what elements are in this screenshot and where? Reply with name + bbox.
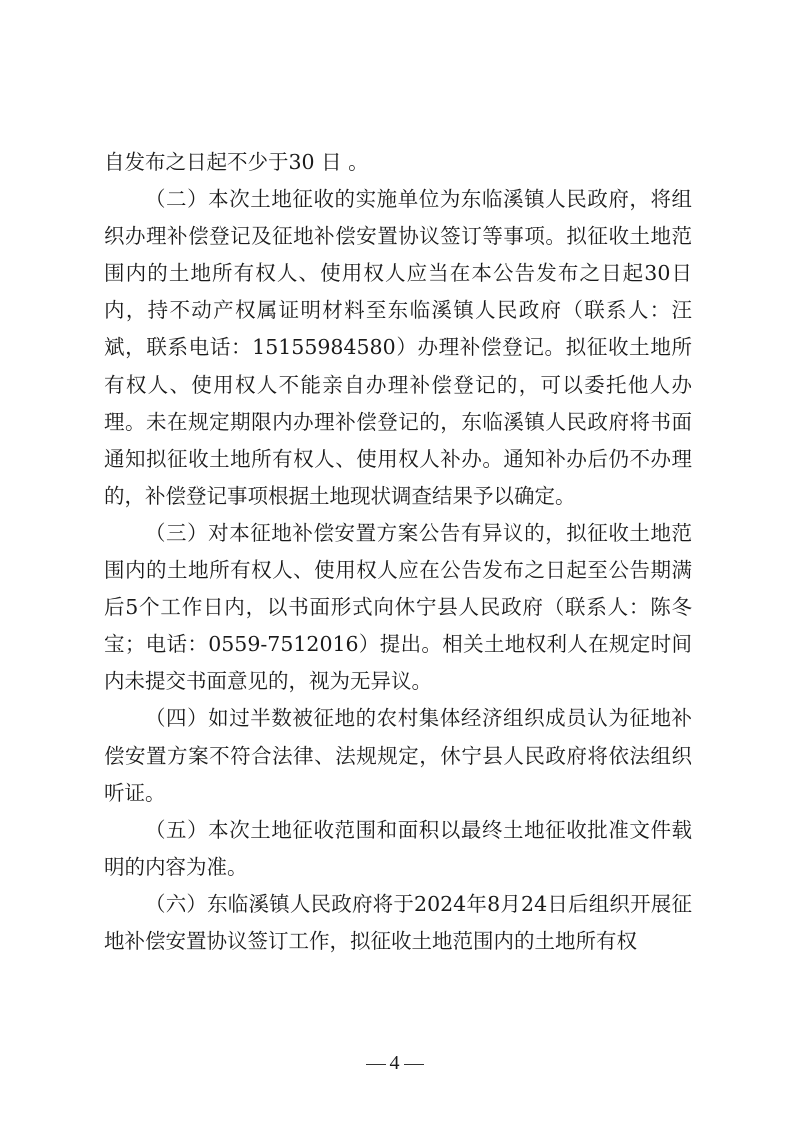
paragraph-item-6: （六）东临溪镇人民政府将于2024年8月24日后组织开展征地补偿安置协议签订工作… (104, 886, 692, 960)
paragraph-item-5: （五）本次土地征收范围和面积以最终土地征收批准文件载明的内容为准。 (104, 812, 692, 886)
footer-dash-right (404, 1064, 424, 1065)
footer-dash-left (366, 1064, 386, 1065)
paragraph-item-2: （二）本次土地征收的实施单位为东临溪镇人民政府，将组织办理补偿登记及征地补偿安置… (104, 181, 692, 515)
paragraph-continuation: 自发布之日起不少于30 日 。 (104, 144, 692, 181)
page-number: 4 (390, 1052, 400, 1074)
paragraph-item-3: （三）对本征地补偿安置方案公告有异议的，拟征收土地范围内的土地所有权人、使用权人… (104, 515, 692, 700)
page-footer: 4 (0, 1052, 789, 1075)
document-page: 自发布之日起不少于30 日 。 （二）本次土地征收的实施单位为东临溪镇人民政府，… (0, 0, 789, 1122)
document-body: 自发布之日起不少于30 日 。 （二）本次土地征收的实施单位为东临溪镇人民政府，… (104, 144, 692, 960)
paragraph-item-4: （四）如过半数被征地的农村集体经济组织成员认为征地补偿安置方案不符合法律、法规规… (104, 700, 692, 811)
